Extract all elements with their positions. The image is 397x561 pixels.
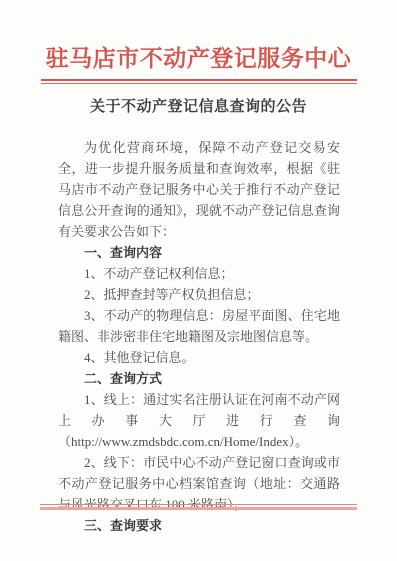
section-2-heading: 二、查询方式 <box>58 368 340 389</box>
intro-paragraph: 为优化营商环境，保障不动产登记交易安全，进一步提升服务质量和查询效率，根据《驻马… <box>58 137 340 242</box>
document-body: 为优化营商环境，保障不动产登记交易安全，进一步提升服务质量和查询效率，根据《驻马… <box>58 137 340 536</box>
letterhead-title: 驻马店市不动产登记服务中心 <box>0 44 397 74</box>
list-item: 3、不动产的物理信息：房屋平面图、住宅地籍图、非涉密非住宅地籍图及宗地图信息等。 <box>58 305 340 347</box>
section-1-heading: 一、查询内容 <box>58 242 340 263</box>
document-page: 驻马店市不动产登记服务中心 关于不动产登记信息查询的公告 为优化营商环境，保障不… <box>0 0 397 561</box>
list-item: 1、不动产登记权利信息； <box>58 263 340 284</box>
list-item: 4、其他登记信息。 <box>58 347 340 368</box>
footer-divider <box>40 504 357 510</box>
list-item: 1、线上：通过实名注册认证在河南不动产网上办事大厅进行查询（http://www… <box>58 389 340 452</box>
section-3-heading: 三、查询要求 <box>58 515 340 536</box>
document-title: 关于不动产登记信息查询的公告 <box>0 97 397 117</box>
letterhead-divider <box>41 79 357 84</box>
list-item: 2、抵押查封等产权负担信息； <box>58 284 340 305</box>
